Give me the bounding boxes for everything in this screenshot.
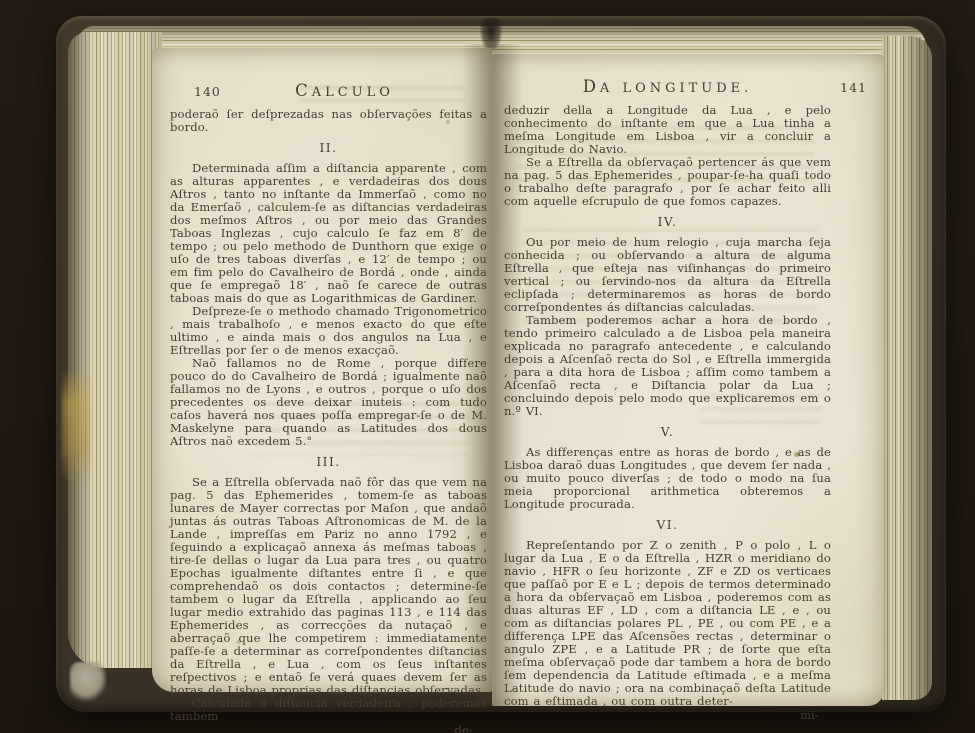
book-scan-photo: 140 CALCULO poderaõ ſer deſprezadas nas … <box>0 0 975 733</box>
section-heading-v: V. <box>504 426 831 439</box>
left-page-number: 140 <box>194 85 221 98</box>
left-page-header: 140 CALCULO <box>170 84 487 103</box>
edge-stain <box>62 368 90 484</box>
paragraph: Deſpreze-ſe o methodo chamado Trigonomet… <box>170 305 487 357</box>
catchword-left: de- <box>170 724 487 733</box>
paragraph: Determinada aſſim a diſtancia apparente … <box>170 162 487 305</box>
page-edges-right <box>882 36 932 700</box>
page-edges-left <box>68 32 162 668</box>
right-page-number: 141 <box>840 81 867 94</box>
catchword-right: mi- <box>504 709 831 722</box>
paragraph: As differenças entre as horas de bordo ,… <box>504 446 831 511</box>
paragraph: Calculada a diſtancia verdadeira , poder… <box>170 697 487 723</box>
paragraph: Tambem poderemos achar a hora de bordo ,… <box>504 314 831 418</box>
paragraph: Naõ fallamos no de Rome , porque differe… <box>170 357 487 448</box>
section-heading-vi: VI. <box>504 519 831 532</box>
left-running-title: CALCULO <box>295 84 394 99</box>
left-page-text: 140 CALCULO poderaõ ſer deſprezadas nas … <box>170 84 487 733</box>
right-page-header: DA LONGITUDE. 141 <box>504 80 831 99</box>
section-heading-iv: IV. <box>504 216 831 229</box>
right-running-title: DA LONGITUDE. <box>583 80 753 95</box>
right-page-text: DA LONGITUDE. 141 deduzir della a Longit… <box>504 80 831 722</box>
continuation-paragraph: deduzir della a Longitude da Lua , e pel… <box>504 104 831 156</box>
paragraph: Repreſentando por Z o zenith , P o polo … <box>504 539 831 708</box>
section-heading-iii: III. <box>170 456 487 469</box>
continuation-line: poderaõ ſer deſprezadas nas obſervações … <box>170 108 487 134</box>
paragraph: Se a Eſtrella da obſervaçaõ pertencer ás… <box>504 156 831 208</box>
section-heading-ii: II. <box>170 142 487 155</box>
paragraph: Ou por meio de hum relogio , cuja marcha… <box>504 236 831 314</box>
cover-wear-chip <box>70 662 106 702</box>
paragraph: Se a Eſtrella obſervada naõ fôr das que … <box>170 476 487 697</box>
